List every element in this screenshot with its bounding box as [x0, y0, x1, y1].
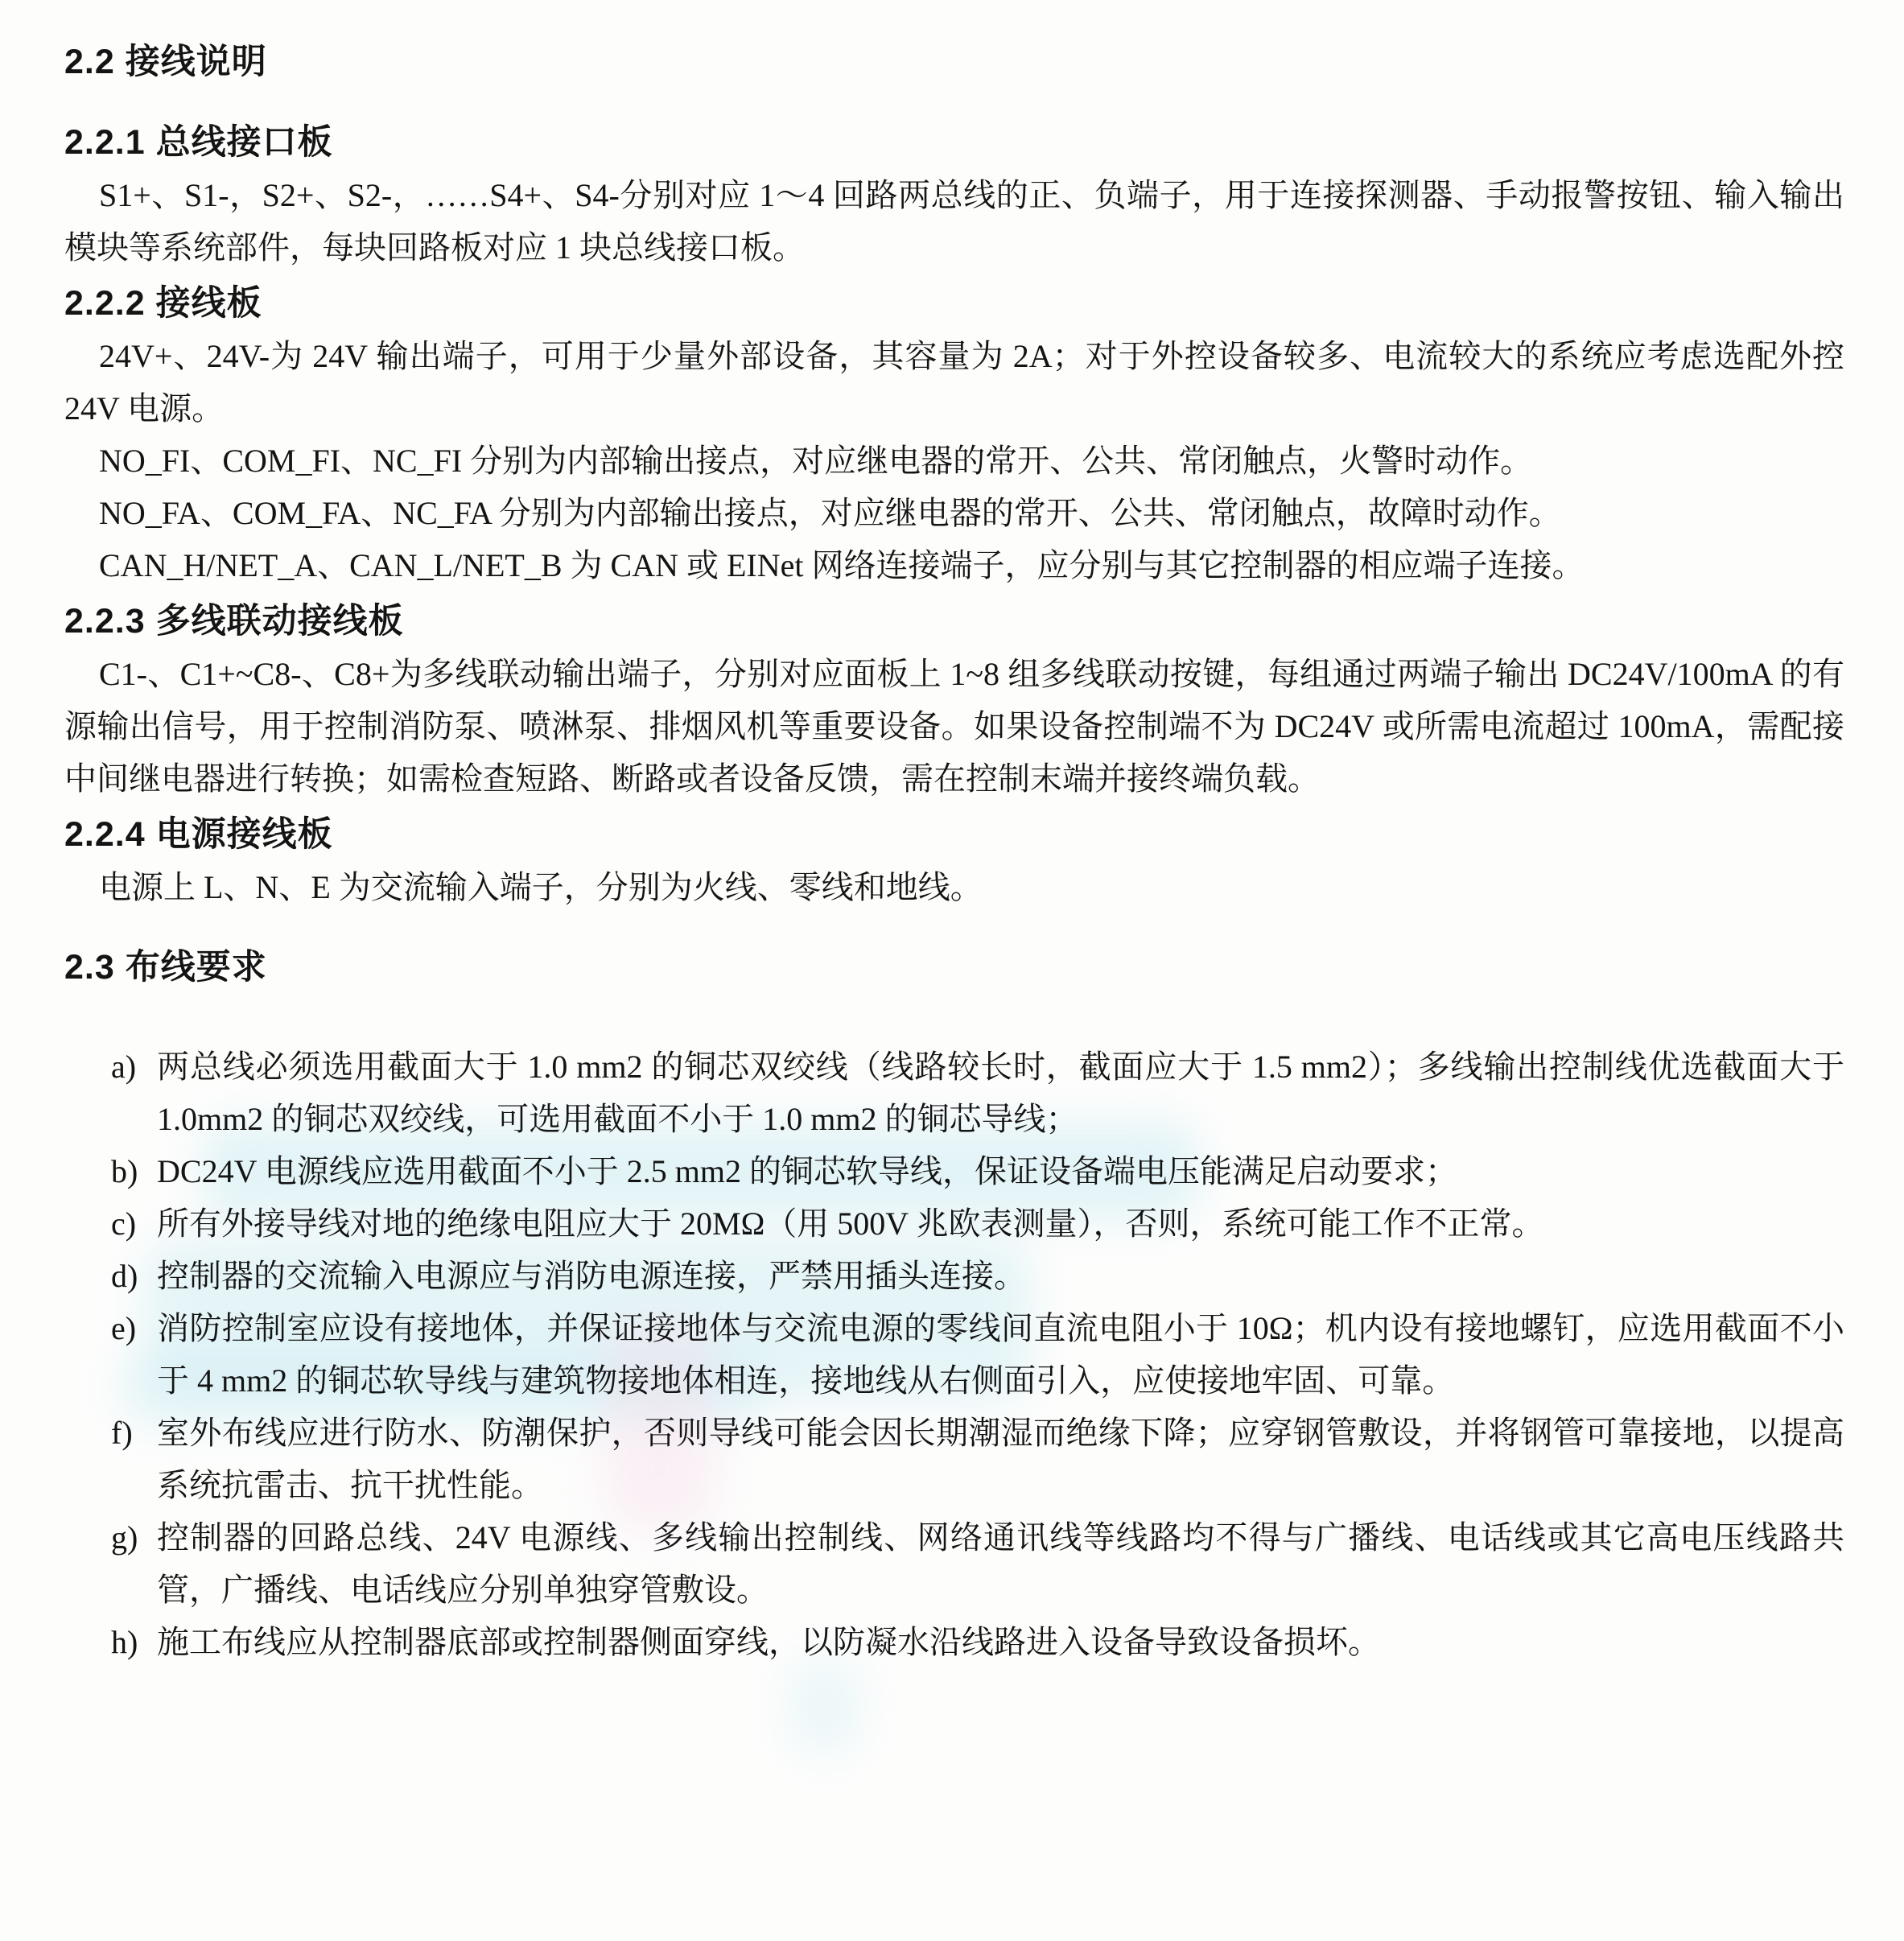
paragraph-fire-relay-contacts: NO_FI、COM_FI、NC_FI 分别为内部输出接点，对应继电器的常开、公共… [64, 435, 1844, 487]
list-item-text: 施工布线应从控制器底部或控制器侧面穿线，以防凝水沿线路进入设备导致设备损坏。 [157, 1624, 1380, 1660]
paragraph-can-network-terminals: CAN_H/NET_A、CAN_L/NET_B 为 CAN 或 EINet 网络… [64, 539, 1844, 591]
document-content: 2.2 接线说明 2.2.1 总线接口板 S1+、S1-，S2+、S2-，……S… [64, 36, 1844, 1668]
list-item-marker: f) [111, 1407, 133, 1459]
wiring-requirements-list: a) 两总线必须选用截面大于 1.0 mm2 的铜芯双绞线（线路较长时，截面应大… [64, 1041, 1844, 1668]
list-item: h) 施工布线应从控制器底部或控制器侧面穿线，以防凝水沿线路进入设备导致设备损坏… [64, 1616, 1844, 1668]
section-heading-2-2-2: 2.2.2 接线板 [64, 278, 1844, 330]
list-item-marker: d) [111, 1250, 138, 1302]
list-item-text: 消防控制室应设有接地体，并保证接地体与交流电源的零线间直流电阻小于 10Ω；机内… [157, 1310, 1844, 1399]
list-item: g) 控制器的回路总线、24V 电源线、多线输出控制线、网络通讯线等线路均不得与… [64, 1511, 1844, 1616]
list-item-marker: c) [111, 1197, 136, 1250]
section-heading-2-2-3: 2.2.3 多线联动接线板 [64, 595, 1844, 648]
section-heading-2-2: 2.2 接线说明 [64, 36, 1844, 89]
list-item-text: 控制器的回路总线、24V 电源线、多线输出控制线、网络通讯线等线路均不得与广播线… [157, 1519, 1844, 1608]
list-item-text: 两总线必须选用截面大于 1.0 mm2 的铜芯双绞线（线路较长时，截面应大于 1… [157, 1049, 1844, 1137]
list-item: d) 控制器的交流输入电源应与消防电源连接，严禁用插头连接。 [64, 1250, 1844, 1302]
list-item: f) 室外布线应进行防水、防潮保护，否则导线可能会因长期潮湿而绝缘下降；应穿钢管… [64, 1407, 1844, 1511]
paragraph-fault-relay-contacts: NO_FA、COM_FA、NC_FA 分别为内部输出接点，对应继电器的常开、公共… [64, 487, 1844, 539]
list-item-text: 控制器的交流输入电源应与消防电源连接，严禁用插头连接。 [157, 1258, 1026, 1294]
paragraph-power-terminal-board: 电源上 L、N、E 为交流输入端子，分别为火线、零线和地线。 [64, 861, 1844, 913]
list-item-marker: b) [111, 1145, 138, 1197]
section-heading-2-2-4: 2.2.4 电源接线板 [64, 809, 1844, 861]
list-item-text: DC24V 电源线应选用截面不小于 2.5 mm2 的铜芯软导线，保证设备端电压… [157, 1153, 1457, 1189]
list-item-marker: h) [111, 1616, 138, 1668]
list-item: b) DC24V 电源线应选用截面不小于 2.5 mm2 的铜芯软导线，保证设备… [64, 1145, 1844, 1197]
list-item: e) 消防控制室应设有接地体，并保证接地体与交流电源的零线间直流电阻小于 10Ω… [64, 1302, 1844, 1407]
document-page: 2.2 接线说明 2.2.1 总线接口板 S1+、S1-，S2+、S2-，……S… [0, 0, 1904, 1941]
list-item-marker: e) [111, 1302, 136, 1354]
paragraph-bus-interface-board: S1+、S1-，S2+、S2-，……S4+、S4-分别对应 1～4 回路两总线的… [64, 169, 1844, 274]
list-item: a) 两总线必须选用截面大于 1.0 mm2 的铜芯双绞线（线路较长时，截面应大… [64, 1041, 1844, 1145]
section-heading-2-3: 2.3 布线要求 [64, 942, 1844, 994]
list-item-text: 所有外接导线对地的绝缘电阻应大于 20MΩ（用 500V 兆欧表测量），否则，系… [157, 1205, 1543, 1242]
list-item: c) 所有外接导线对地的绝缘电阻应大于 20MΩ（用 500V 兆欧表测量），否… [64, 1197, 1844, 1250]
list-item-text: 室外布线应进行防水、防潮保护，否则导线可能会因长期潮湿而绝缘下降；应穿钢管敷设，… [157, 1415, 1844, 1503]
watermark-blob [789, 1658, 861, 1754]
paragraph-24v-terminals: 24V+、24V-为 24V 输出端子，可用于少量外部设备，其容量为 2A；对于… [64, 330, 1844, 435]
section-heading-2-2-1: 2.2.1 总线接口板 [64, 117, 1844, 169]
paragraph-multiline-linkage-board: C1-、C1+~C8-、C8+为多线联动输出端子，分别对应面板上 1~8 组多线… [64, 648, 1844, 805]
list-item-marker: a) [111, 1041, 136, 1093]
list-item-marker: g) [111, 1511, 138, 1564]
